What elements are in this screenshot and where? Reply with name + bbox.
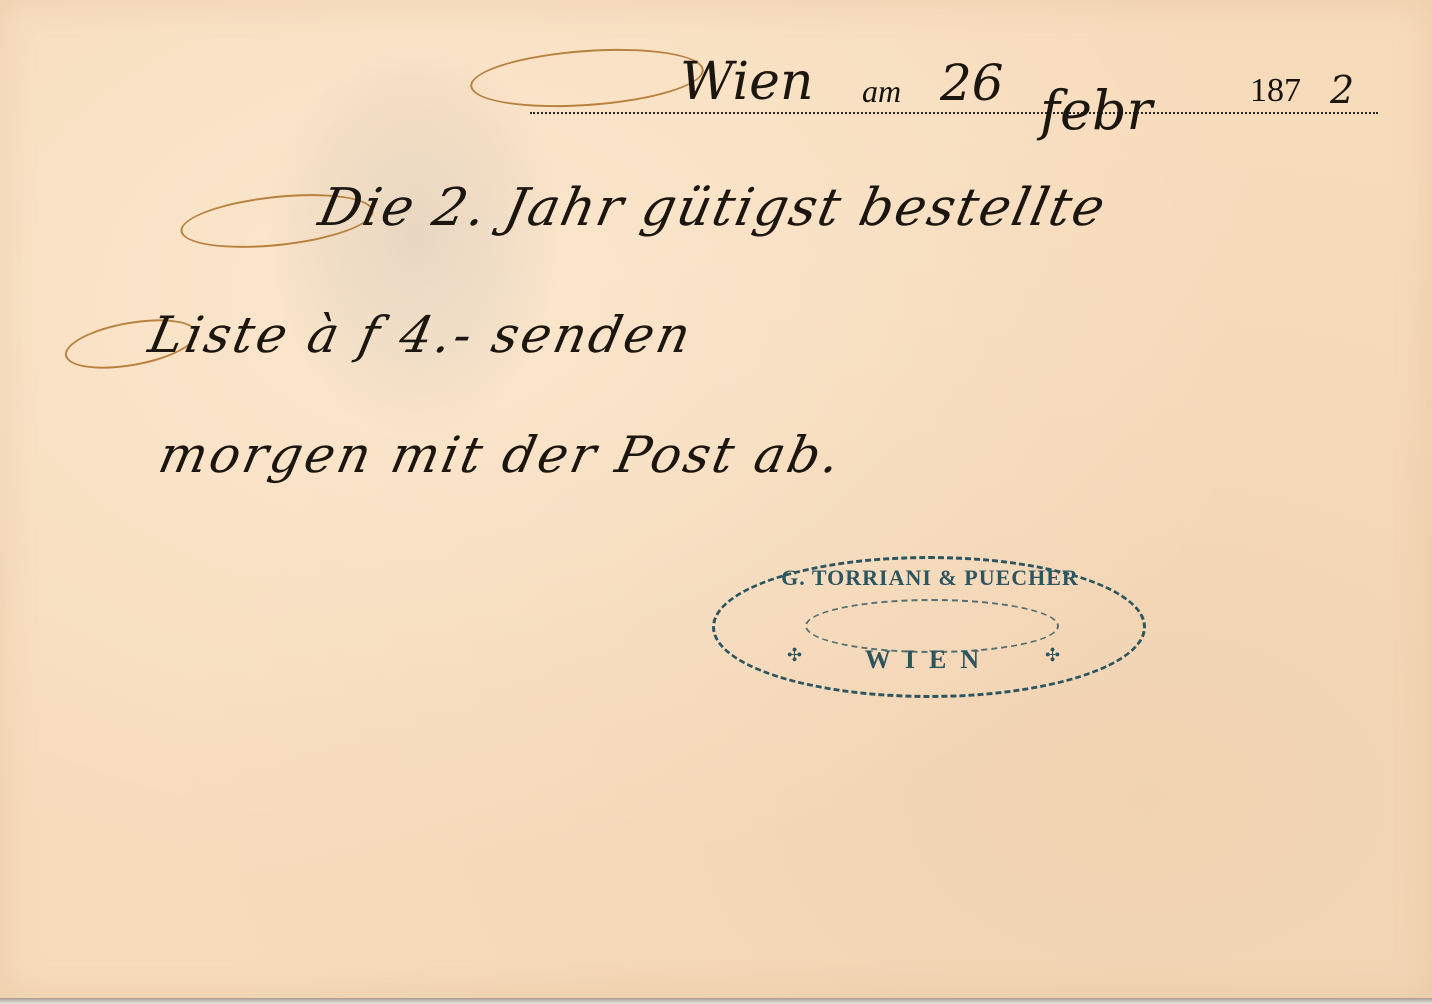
message-line-3: morgen mit der Post ab. bbox=[154, 426, 848, 484]
company-stamp: G. TORRIANI & PUECHER ✣ WIEN ✣ bbox=[712, 556, 1146, 698]
dateline-dotted-rule bbox=[530, 112, 1378, 114]
message-line-1: Die 2. Jahr gütigst bestellte bbox=[314, 178, 1112, 238]
printed-am: am bbox=[862, 73, 901, 110]
handwritten-place: Wien bbox=[680, 52, 813, 112]
dateline: Wien am 26 febr 187 2 bbox=[530, 62, 1378, 114]
stamp-ornament-right: ✣ bbox=[1045, 645, 1060, 666]
handwritten-month: febr bbox=[1040, 79, 1152, 142]
handwritten-year-digit: 2 bbox=[1330, 68, 1354, 112]
printed-year-prefix: 187 bbox=[1250, 72, 1301, 110]
scan-edge bbox=[0, 998, 1432, 1004]
postcard: Wien am 26 febr 187 2 Die 2. Jahr gütigs… bbox=[0, 0, 1432, 998]
stamp-company-name: G. TORRIANI & PUECHER bbox=[735, 565, 1125, 591]
handwritten-day: 26 bbox=[940, 54, 1004, 112]
message-line-2: Liste à f 4.- senden bbox=[144, 306, 699, 364]
stamp-city: WIEN bbox=[715, 645, 1143, 675]
